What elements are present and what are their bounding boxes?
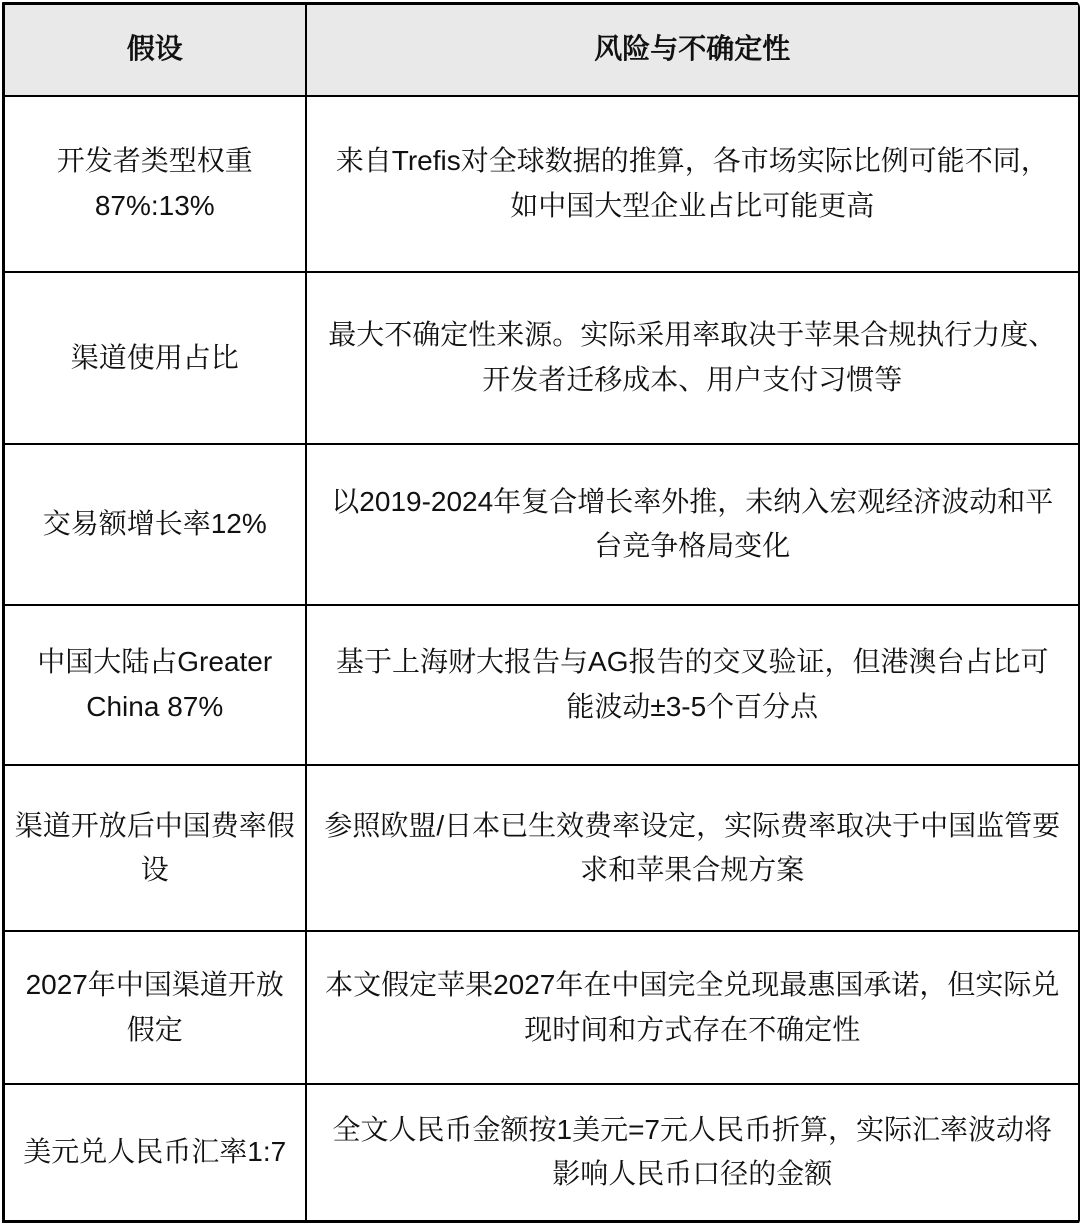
- table-row: 渠道开放后中国费率假设 参照欧盟/日本已生效费率设定，实际费率取决于中国监管要求…: [4, 765, 1080, 931]
- assumption-cell: 开发者类型权重 87%:13%: [4, 96, 306, 273]
- risk-cell: 本文假定苹果2027年在中国完全兑现最惠国承诺，但实际兑现时间和方式存在不确定性: [306, 931, 1080, 1084]
- table-row: 美元兑人民币汇率1:7 全文人民币金额按1美元=7元人民币折算，实际汇率波动将影…: [4, 1084, 1080, 1222]
- table-row: 中国大陆占Greater China 87% 基于上海财大报告与AG报告的交叉验…: [4, 605, 1080, 766]
- risk-cell: 参照欧盟/日本已生效费率设定，实际费率取决于中国监管要求和苹果合规方案: [306, 765, 1080, 931]
- assumption-cell: 交易额增长率12%: [4, 444, 306, 605]
- assumption-cell: 渠道开放后中国费率假设: [4, 765, 306, 931]
- assumption-cell: 2027年中国渠道开放假定: [4, 931, 306, 1084]
- table-row: 交易额增长率12% 以2019-2024年复合增长率外推，未纳入宏观经济波动和平…: [4, 444, 1080, 605]
- assumptions-risks-page: 假设 风险与不确定性 开发者类型权重 87%:13% 来自Trefis对全球数据…: [0, 0, 1080, 1227]
- header-cell-assumption: 假设: [4, 4, 306, 96]
- risk-cell: 最大不确定性来源。实际采用率取决于苹果合规执行力度、开发者迁移成本、用户支付习惯…: [306, 272, 1080, 444]
- risk-cell: 全文人民币金额按1美元=7元人民币折算，实际汇率波动将影响人民币口径的金额: [306, 1084, 1080, 1222]
- risk-cell: 基于上海财大报告与AG报告的交叉验证，但港澳台占比可能波动±3-5个百分点: [306, 605, 1080, 766]
- table-row: 渠道使用占比 最大不确定性来源。实际采用率取决于苹果合规执行力度、开发者迁移成本…: [4, 272, 1080, 444]
- table-row: 2027年中国渠道开放假定 本文假定苹果2027年在中国完全兑现最惠国承诺，但实…: [4, 931, 1080, 1084]
- header-cell-risk: 风险与不确定性: [306, 4, 1080, 96]
- risk-cell: 以2019-2024年复合增长率外推，未纳入宏观经济波动和平台竞争格局变化: [306, 444, 1080, 605]
- assumptions-risks-table: 假设 风险与不确定性 开发者类型权重 87%:13% 来自Trefis对全球数据…: [2, 2, 1080, 1223]
- assumption-cell: 中国大陆占Greater China 87%: [4, 605, 306, 766]
- header-row: 假设 风险与不确定性: [4, 4, 1080, 96]
- table-row: 开发者类型权重 87%:13% 来自Trefis对全球数据的推算，各市场实际比例…: [4, 96, 1080, 273]
- risk-cell: 来自Trefis对全球数据的推算，各市场实际比例可能不同，如中国大型企业占比可能…: [306, 96, 1080, 273]
- assumption-cell: 渠道使用占比: [4, 272, 306, 444]
- assumption-cell: 美元兑人民币汇率1:7: [4, 1084, 306, 1222]
